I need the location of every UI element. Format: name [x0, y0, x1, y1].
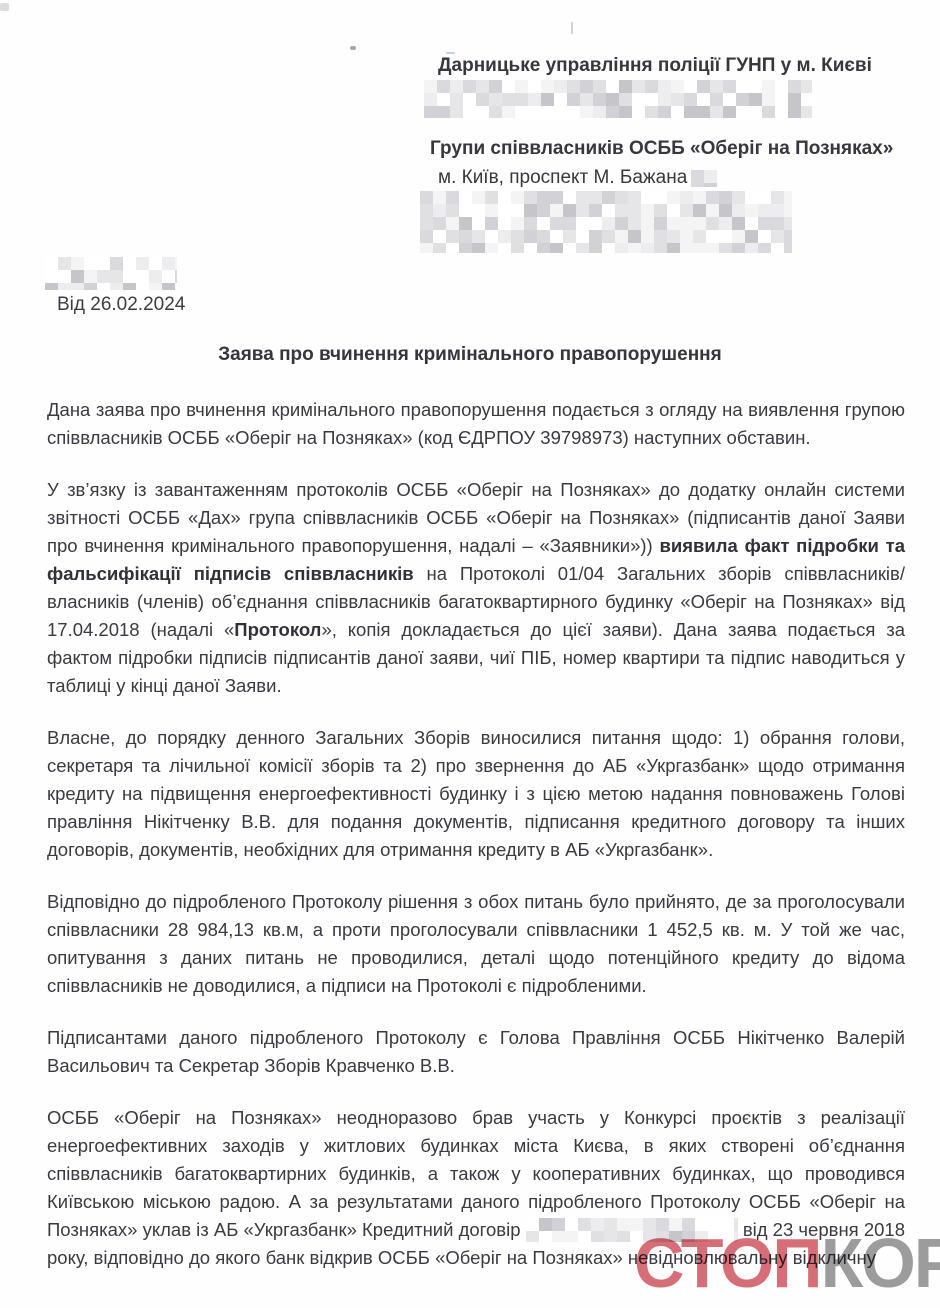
text-run: Дана заява про вчинення кримінального пр…	[47, 399, 905, 448]
text-run: Підписантами даного підробленого Протоко…	[47, 1027, 905, 1076]
recipient-address-line: м. Київ, проспект М. Бажана	[438, 166, 721, 190]
text-run: Власне, до порядку денного Загальних Збо…	[47, 727, 905, 860]
scan-artifact	[571, 22, 573, 34]
redacted-area-3	[420, 191, 792, 253]
text-run: Відповідно до підробленого Протоколу ріш…	[47, 891, 905, 996]
scan-artifact	[350, 46, 356, 50]
redacted-area-1	[424, 80, 812, 118]
date-line: Від 26.02.2024	[57, 294, 185, 316]
scan-artifact	[0, 3, 9, 11]
document-body: Дана заява про вчинення кримінального пр…	[47, 396, 905, 1296]
document-title: Заява про вчинення кримінального правопо…	[0, 344, 940, 366]
paragraph-1: Дана заява про вчинення кримінального пр…	[47, 396, 905, 452]
recipient-group-line: Групи співвласників ОСББ «Оберіг на Позн…	[430, 137, 893, 161]
watermark-kor: КОР	[821, 1224, 940, 1302]
recipient-police-line: Дарницьке управління поліції ГУНП у м. К…	[438, 54, 872, 78]
bold-run: Протокол	[234, 619, 321, 640]
redacted-area-4	[45, 257, 177, 290]
document-page: Дарницьке управління поліції ГУНП у м. К…	[0, 0, 940, 1308]
redacted-area-2	[691, 170, 721, 187]
watermark: СТОПКОР	[634, 1228, 940, 1298]
paragraph-3: Власне, до порядку денного Загальних Збо…	[47, 724, 905, 864]
paragraph-2: У зв’язку із завантаженням протоколів ОС…	[47, 476, 905, 700]
paragraph-4: Відповідно до підробленого Протоколу ріш…	[47, 888, 905, 1000]
watermark-stop: СТОП	[634, 1224, 821, 1302]
recipient-address-text: м. Київ, проспект М. Бажана	[438, 166, 687, 190]
paragraph-5: Підписантами даного підробленого Протоко…	[47, 1024, 905, 1080]
